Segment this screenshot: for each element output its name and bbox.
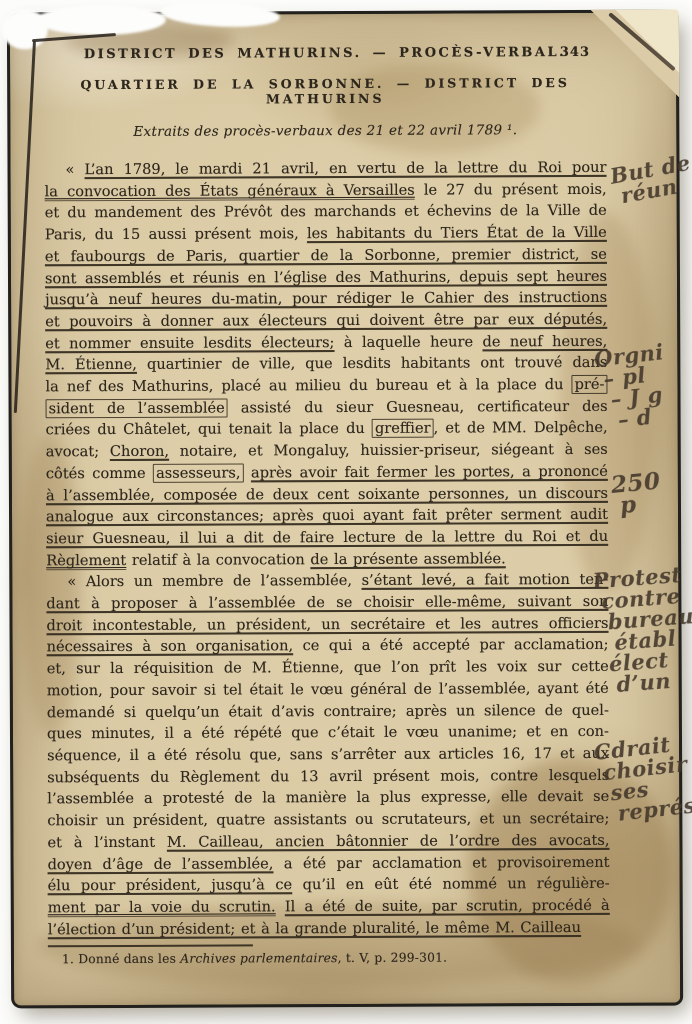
- marginalia-layer: But deréunOrgni– pl– J g– d250pProtestco…: [10, 13, 680, 1006]
- photo-backdrop: DISTRICT DES MATHURINS. — PROCÈS-VERBAL.…: [0, 0, 692, 1024]
- handwritten-line: – d: [617, 404, 672, 431]
- margin-note: Cdraitchoisirsesreprés: [593, 732, 692, 826]
- margin-note: Protestcontrebureauétablélectd’un: [592, 563, 692, 696]
- handwritten-line: d’un: [616, 668, 692, 695]
- scanned-page: DISTRICT DES MATHURINS. — PROCÈS-VERBAL.…: [10, 13, 680, 1006]
- margin-note: 250p: [610, 471, 663, 517]
- margin-note: Orgni– pl– J g– d: [593, 341, 672, 432]
- margin-note: But deréun: [608, 152, 692, 208]
- handwritten-line: représ: [617, 794, 692, 823]
